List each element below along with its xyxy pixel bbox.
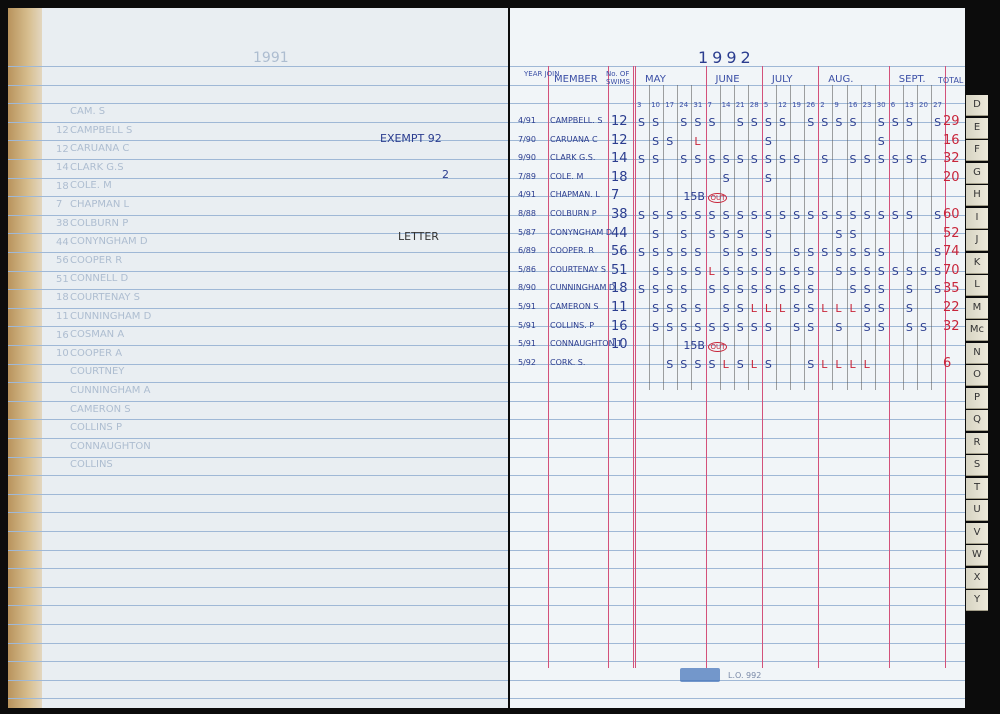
swim-mark: S — [821, 209, 828, 222]
index-tab-t[interactable]: T — [966, 478, 988, 499]
swim-mark: S — [906, 116, 913, 129]
ruled-line — [510, 438, 965, 439]
ruled-line — [8, 568, 508, 569]
late-mark: L — [723, 358, 729, 371]
faded-total: 44 — [56, 237, 69, 248]
late-mark: L — [821, 358, 827, 371]
ruled-line — [8, 587, 508, 588]
ruled-line — [8, 85, 508, 86]
index-tab-n[interactable]: N — [966, 343, 988, 364]
swim-mark: S — [864, 265, 871, 278]
ruled-line — [8, 512, 508, 513]
swims-count: 38 — [611, 207, 628, 222]
swim-mark: S — [765, 135, 772, 148]
faded-member-name: COLE. M — [70, 180, 112, 191]
index-tab-q[interactable]: Q — [966, 410, 988, 431]
swim-mark: S — [807, 302, 814, 315]
date-header: 10 — [651, 101, 660, 109]
date-divider — [832, 85, 833, 390]
index-tab-j[interactable]: J — [966, 230, 988, 251]
swim-mark: S — [751, 116, 758, 129]
index-tab-l[interactable]: L — [966, 275, 988, 296]
ruled-line — [8, 494, 508, 495]
swim-mark: S — [878, 283, 885, 296]
ruled-line — [510, 457, 965, 458]
ruled-line — [8, 457, 508, 458]
swim-mark: S — [779, 283, 786, 296]
swim-mark: S — [878, 265, 885, 278]
swim-mark: S — [680, 228, 687, 241]
swim-mark: S — [638, 153, 645, 166]
total-count: 20 — [943, 170, 960, 185]
month-header: AUG. — [828, 74, 853, 85]
worn-page-edge — [8, 8, 42, 708]
date-header: 3 — [637, 101, 641, 109]
date-header: 7 — [708, 101, 712, 109]
year-joined: 8/90 — [518, 283, 536, 292]
faded-member-name: COLLINS — [70, 459, 113, 470]
swim-mark: S — [878, 135, 885, 148]
swims-count: 51 — [611, 263, 628, 278]
swim-mark: S — [779, 209, 786, 222]
swim-mark: S — [652, 302, 659, 315]
ruled-line — [8, 605, 508, 606]
member-name: CAMPBELL. S — [550, 116, 602, 125]
date-header: 13 — [905, 101, 914, 109]
swim-mark: S — [666, 283, 673, 296]
swim-mark: S — [666, 302, 673, 315]
index-tab-g[interactable]: G — [966, 163, 988, 184]
index-tab-x[interactable]: X — [966, 568, 988, 589]
swim-mark: S — [680, 246, 687, 259]
date-divider — [931, 85, 932, 390]
year-joined: 5/91 — [518, 339, 536, 348]
swim-mark: S — [835, 228, 842, 241]
date-header: 17 — [665, 101, 674, 109]
swim-mark: S — [765, 265, 772, 278]
swim-mark: S — [765, 246, 772, 259]
swims-count: 56 — [611, 244, 628, 259]
right-year-heading: 1992 — [698, 48, 755, 67]
member-name: CUNNINGHAM D — [550, 283, 615, 292]
index-tab-y[interactable]: Y — [966, 590, 988, 611]
faded-member-name: CONNELL D — [70, 273, 128, 284]
swim-mark: S — [709, 116, 716, 129]
swim-mark: S — [906, 265, 913, 278]
col-no-of-swims: No. OF SWIMS — [606, 70, 634, 86]
member-name: COLE. M — [550, 172, 583, 181]
swim-mark: S — [723, 283, 730, 296]
swim-mark: S — [709, 358, 716, 371]
ruled-line — [8, 698, 508, 699]
swim-mark: S — [751, 265, 758, 278]
swim-mark: S — [652, 265, 659, 278]
month-divider — [889, 66, 890, 668]
faded-member-name: CLARK G.S — [70, 162, 124, 173]
date-divider — [790, 85, 791, 390]
late-mark: L — [864, 358, 870, 371]
index-tab-w[interactable]: W — [966, 545, 988, 566]
swims-count: 11 — [611, 300, 628, 315]
index-tab-mc[interactable]: Mc — [966, 320, 988, 341]
late-mark: L — [751, 302, 757, 315]
swim-mark: S — [666, 135, 673, 148]
faded-member-name: COOPER A — [70, 348, 122, 359]
ruled-line — [8, 103, 508, 104]
swims-count: 16 — [611, 319, 628, 334]
month-header: JUNE — [716, 74, 740, 85]
date-header: 9 — [834, 101, 838, 109]
late-mark: L — [850, 302, 856, 315]
annotation-exempt: EXEMPT 92 — [380, 132, 442, 145]
swim-mark: S — [652, 153, 659, 166]
swim-mark: S — [652, 116, 659, 129]
swim-mark: S — [765, 321, 772, 334]
ruled-line — [510, 401, 965, 402]
swim-mark: S — [723, 246, 730, 259]
swim-mark: S — [666, 321, 673, 334]
swim-mark: S — [807, 116, 814, 129]
late-mark: L — [835, 302, 841, 315]
late-mark: L — [835, 358, 841, 371]
swim-mark: S — [709, 321, 716, 334]
date-header: 5 — [764, 101, 768, 109]
swim-mark: S — [892, 265, 899, 278]
faded-member-name: CAMPBELL S — [70, 125, 132, 136]
swim-mark: S — [737, 153, 744, 166]
faded-member-name: CONYNGHAM D — [70, 236, 148, 247]
swim-mark: S — [779, 265, 786, 278]
member-name: CAMERON S — [550, 302, 598, 311]
annotation-letter: LETTER — [398, 230, 439, 243]
swim-mark: S — [737, 283, 744, 296]
swim-mark: S — [751, 209, 758, 222]
column-divider — [608, 66, 609, 668]
swim-mark: S — [737, 321, 744, 334]
faded-total: 56 — [56, 255, 69, 266]
faded-total: 14 — [56, 162, 69, 173]
date-header: 30 — [877, 101, 886, 109]
index-tab-p[interactable]: P — [966, 388, 988, 409]
month-header: MAY — [645, 74, 666, 85]
total-count: 70 — [943, 263, 960, 278]
swim-mark: S — [906, 321, 913, 334]
swim-mark: S — [680, 358, 687, 371]
ruled-line — [8, 643, 508, 644]
out-circle-icon: OUT — [708, 342, 727, 352]
faded-total: 12 — [56, 144, 69, 155]
late-mark: L — [850, 358, 856, 371]
index-tab-v[interactable]: V — [966, 523, 988, 544]
faded-total: 18 — [56, 292, 69, 303]
faded-member-name: CAMERON S — [70, 404, 131, 415]
swim-mark: S — [765, 153, 772, 166]
swim-mark: S — [920, 265, 927, 278]
swim-mark: S — [723, 209, 730, 222]
faded-member-name: CHAPMAN L — [70, 199, 129, 210]
swim-mark: S — [737, 265, 744, 278]
date-header: 27 — [933, 101, 942, 109]
date-divider — [861, 85, 862, 390]
swim-mark: S — [850, 153, 857, 166]
swims-count: 44 — [611, 226, 628, 241]
year-joined: 5/86 — [518, 265, 536, 274]
date-header: 12 — [778, 101, 787, 109]
swim-mark: S — [709, 283, 716, 296]
year-joined: 7/89 — [518, 172, 536, 181]
swim-mark: S — [751, 283, 758, 296]
ruled-line — [8, 364, 508, 365]
swims-count: 14 — [611, 151, 628, 166]
month-divider — [762, 66, 763, 668]
ruled-line — [8, 438, 508, 439]
faded-member-name: COLBURN P — [70, 218, 128, 229]
ruled-line — [510, 698, 965, 699]
faded-member-name: CONNAUGHTON — [70, 441, 151, 452]
index-tab-h[interactable]: H — [966, 185, 988, 206]
year-joined: 5/92 — [518, 358, 536, 367]
index-tab-u[interactable]: U — [966, 500, 988, 521]
faded-total: 12 — [56, 125, 69, 136]
swim-mark: S — [694, 116, 701, 129]
ruled-line — [8, 271, 508, 272]
swim-mark: S — [850, 116, 857, 129]
swim-mark: S — [723, 153, 730, 166]
index-tab-r[interactable]: R — [966, 433, 988, 454]
swim-mark: S — [751, 321, 758, 334]
swim-mark: S — [878, 116, 885, 129]
date-divider — [677, 85, 678, 390]
date-divider — [917, 85, 918, 390]
ruled-line — [510, 605, 965, 606]
ruled-line — [8, 382, 508, 383]
swim-mark: S — [709, 153, 716, 166]
swim-mark: S — [737, 302, 744, 315]
month-header: JULY — [772, 74, 793, 85]
swim-mark: S — [864, 283, 871, 296]
ruled-line — [8, 475, 508, 476]
swim-mark: S — [765, 358, 772, 371]
faded-total: 10 — [56, 348, 69, 359]
member-name: COOPER. R — [550, 246, 594, 255]
col-total: TOTAL — [938, 76, 963, 85]
swim-mark: S — [892, 153, 899, 166]
date-header: 6 — [891, 101, 895, 109]
swim-mark: S — [850, 246, 857, 259]
date-header: 24 — [679, 101, 688, 109]
index-tab-k[interactable]: K — [966, 253, 988, 274]
swim-mark: S — [638, 246, 645, 259]
index-tab-o[interactable]: O — [966, 365, 988, 386]
swim-mark: S — [807, 358, 814, 371]
right-page-1992: 1992 YEAR JOIN MEMBER No. OF SWIMS TOTAL… — [510, 8, 965, 708]
total-count: 60 — [943, 207, 960, 222]
swim-mark: S — [723, 228, 730, 241]
swim-mark: S — [807, 321, 814, 334]
faded-member-name: COURTENAY S — [70, 292, 140, 303]
swim-mark: S — [920, 321, 927, 334]
swim-mark: S — [652, 209, 659, 222]
swim-mark: S — [835, 265, 842, 278]
faded-member-name: COSMAN A — [70, 329, 124, 340]
swim-mark: S — [892, 209, 899, 222]
date-divider — [663, 85, 664, 390]
swim-mark: S — [765, 172, 772, 185]
index-tab-i[interactable]: I — [966, 208, 988, 229]
swim-mark: S — [793, 265, 800, 278]
ruled-line — [510, 494, 965, 495]
swim-mark: S — [864, 246, 871, 259]
swim-mark: S — [723, 172, 730, 185]
ruled-line — [8, 215, 508, 216]
swim-mark: S — [864, 209, 871, 222]
swim-mark: S — [709, 228, 716, 241]
ruled-line — [8, 661, 508, 662]
year-joined: 4/91 — [518, 116, 536, 125]
swim-mark: S — [652, 321, 659, 334]
swim-mark: S — [821, 153, 828, 166]
faded-total: 11 — [56, 311, 69, 322]
note: 15B OUT — [683, 339, 727, 352]
late-mark: L — [821, 302, 827, 315]
index-tab-e[interactable]: E — [966, 118, 988, 139]
swim-mark: S — [737, 116, 744, 129]
ruled-line — [8, 308, 508, 309]
month-header: SEPT. — [899, 74, 926, 85]
date-header: 26 — [806, 101, 815, 109]
year-joined: 6/89 — [518, 246, 536, 255]
annotation-number: 2 — [442, 168, 449, 181]
ruled-line — [510, 624, 965, 625]
member-name: CONYNGHAM D — [550, 228, 612, 237]
swim-mark: S — [864, 153, 871, 166]
index-tab-d[interactable]: D — [966, 95, 988, 116]
swim-mark: S — [723, 302, 730, 315]
date-divider — [847, 85, 848, 390]
swim-mark: S — [878, 209, 885, 222]
swims-count: 12 — [611, 133, 628, 148]
swim-mark: S — [666, 209, 673, 222]
faded-member-name: COOPER R — [70, 255, 122, 266]
swim-mark: S — [680, 209, 687, 222]
swim-mark: S — [723, 321, 730, 334]
member-name: CARUANA C — [550, 135, 598, 144]
member-name: CHAPMAN. L — [550, 190, 600, 199]
total-count: 32 — [943, 319, 960, 334]
ruled-line — [510, 382, 965, 383]
swim-mark: S — [652, 283, 659, 296]
month-divider — [635, 66, 636, 668]
date-header: 14 — [722, 101, 731, 109]
swim-mark: S — [906, 302, 913, 315]
swim-mark: S — [694, 302, 701, 315]
swim-mark: S — [906, 283, 913, 296]
swim-mark: S — [793, 283, 800, 296]
swim-mark: S — [906, 153, 913, 166]
index-tab-f[interactable]: F — [966, 140, 988, 161]
ruled-line — [8, 345, 508, 346]
swim-mark: S — [765, 116, 772, 129]
swim-mark: S — [680, 116, 687, 129]
swim-mark: S — [709, 209, 716, 222]
ruled-line — [510, 568, 965, 569]
date-header: 2 — [820, 101, 824, 109]
ruled-line — [8, 66, 508, 67]
swim-mark: S — [765, 283, 772, 296]
date-header: 23 — [863, 101, 872, 109]
index-tab-m[interactable]: M — [966, 298, 988, 319]
swim-mark: S — [850, 283, 857, 296]
member-name: CORK. S. — [550, 358, 585, 367]
member-name: COLBURN P — [550, 209, 597, 218]
swim-mark: S — [694, 153, 701, 166]
faded-total: 7 — [56, 199, 62, 210]
faded-member-name: CUNNINGHAM D — [70, 311, 151, 322]
swim-mark: S — [821, 116, 828, 129]
swim-mark: S — [737, 246, 744, 259]
swim-mark: S — [793, 302, 800, 315]
late-mark: L — [779, 302, 785, 315]
swim-mark: S — [694, 265, 701, 278]
swim-mark: S — [680, 265, 687, 278]
swim-mark: S — [864, 321, 871, 334]
faded-total: 51 — [56, 274, 69, 285]
date-divider — [804, 85, 805, 390]
swim-mark: S — [751, 153, 758, 166]
faded-member-name: CUNNINGHAM A — [70, 385, 150, 396]
swim-mark: S — [652, 135, 659, 148]
swim-mark: S — [835, 116, 842, 129]
left-page-1991: 1991 CAM. SCAMPBELL SCARUANA CCLARK G.SC… — [8, 8, 508, 708]
swim-mark: S — [638, 116, 645, 129]
swim-mark: S — [835, 321, 842, 334]
swim-mark: S — [638, 209, 645, 222]
faded-member-name: COLLINS P — [70, 422, 122, 433]
late-mark: L — [694, 135, 700, 148]
swim-mark: S — [878, 302, 885, 315]
swim-mark: S — [934, 246, 941, 259]
faded-total: 38 — [56, 218, 69, 229]
swim-mark: S — [807, 283, 814, 296]
date-header: 21 — [736, 101, 745, 109]
ruled-line — [8, 159, 508, 160]
swim-mark: S — [666, 265, 673, 278]
index-tab-s[interactable]: S — [966, 455, 988, 476]
ruled-line — [8, 550, 508, 551]
member-name: CLARK G.S. — [550, 153, 595, 162]
faded-member-name: COURTNEY — [70, 366, 124, 377]
col-member: MEMBER — [554, 74, 598, 85]
total-count: 74 — [943, 244, 960, 259]
date-header: 28 — [750, 101, 759, 109]
date-header: 16 — [849, 101, 858, 109]
swim-mark: S — [638, 283, 645, 296]
swim-mark: S — [864, 302, 871, 315]
out-circle-icon: OUT — [708, 193, 727, 203]
ruled-line — [510, 475, 965, 476]
swim-mark: S — [892, 116, 899, 129]
swim-mark: S — [807, 246, 814, 259]
total-count: 35 — [943, 281, 960, 296]
swim-mark: S — [807, 209, 814, 222]
ruled-line — [8, 401, 508, 402]
total-count: 52 — [943, 226, 960, 241]
swim-mark: S — [878, 321, 885, 334]
ruled-line — [510, 419, 965, 420]
year-joined: 7/90 — [518, 135, 536, 144]
swim-mark: S — [694, 209, 701, 222]
faded-member-name: CAM. S — [70, 106, 105, 117]
